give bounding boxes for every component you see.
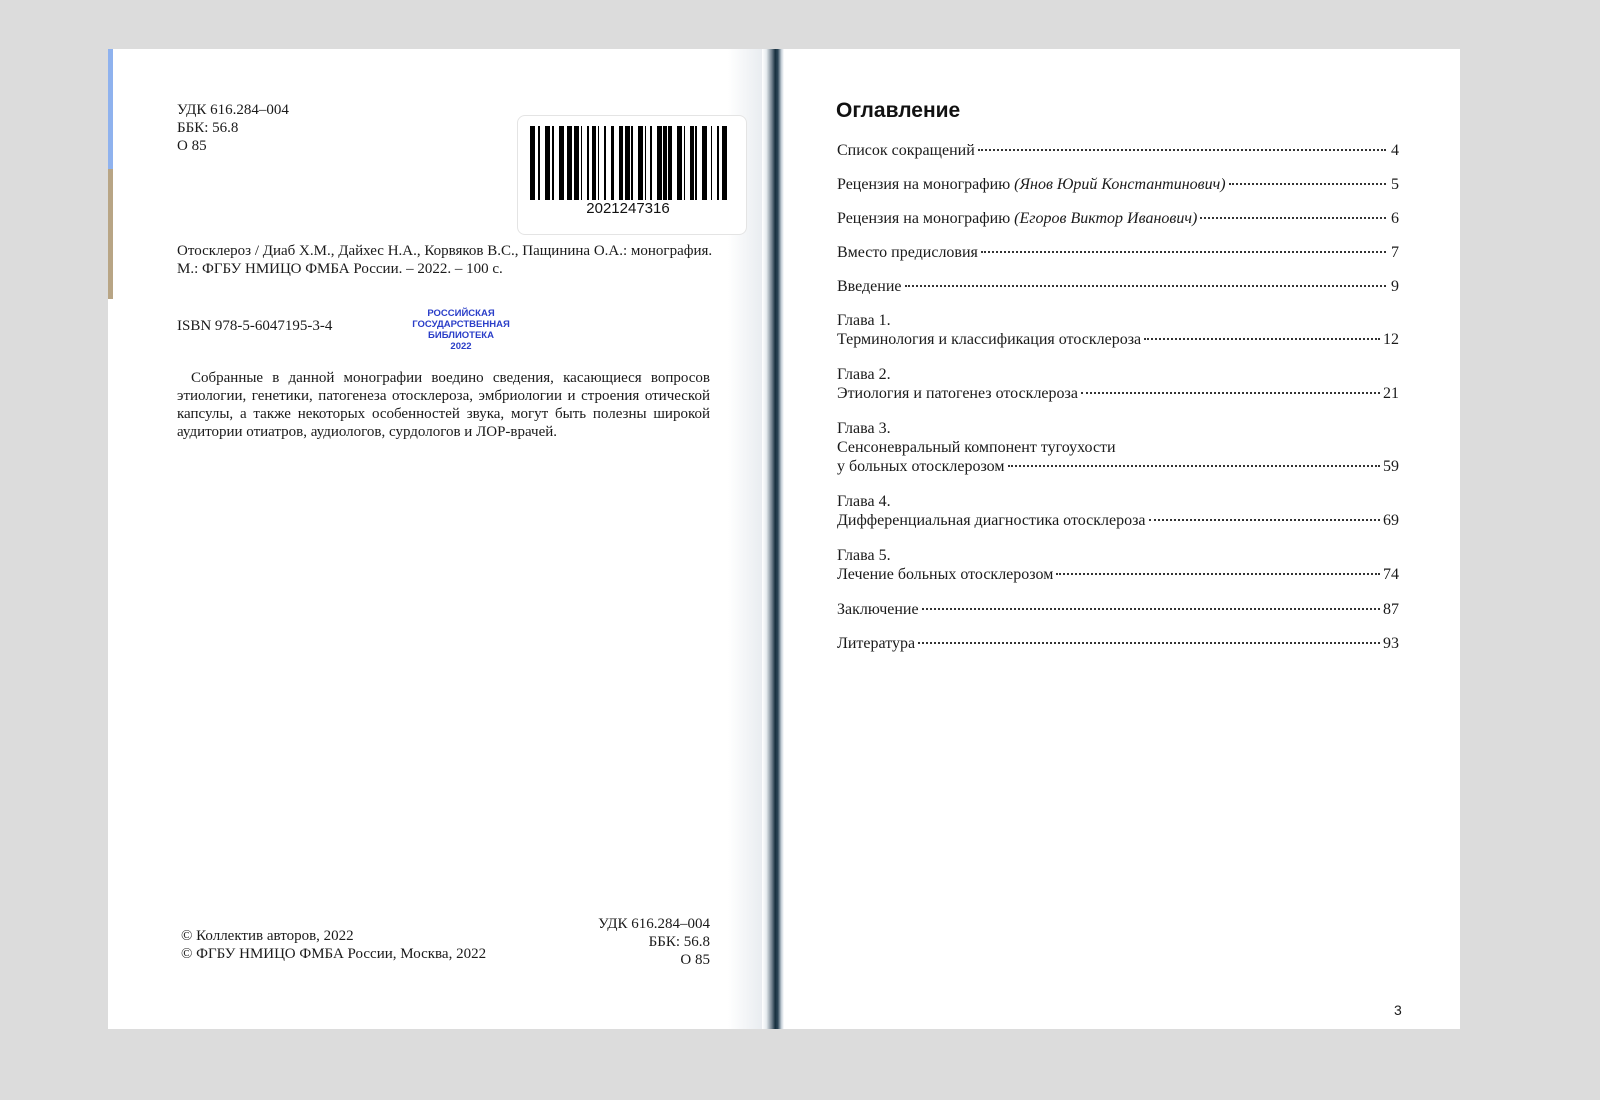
- bbk-code: ББК: 56.8: [528, 933, 710, 951]
- author-mark: О 85: [177, 137, 289, 155]
- annotation-paragraph: Собранные в данной монографии воедино св…: [177, 369, 710, 441]
- toc-chapter-label: Глава 1.: [837, 311, 1399, 330]
- toc-entry: Литература93: [837, 634, 1399, 653]
- book-spine: [762, 49, 784, 1029]
- stamp-line: РОССИЙСКАЯ: [399, 308, 523, 319]
- toc-leader-dots: [918, 642, 1380, 644]
- toc-entry-title: Терминология и классификация отосклероза: [837, 330, 1141, 349]
- toc-entry-title: у больных отосклерозом: [837, 457, 1005, 476]
- toc-chapter-label: Глава 5.: [837, 546, 1399, 565]
- page-edge-blue-strip: [108, 49, 113, 169]
- toc-page-number: 5: [1389, 175, 1399, 194]
- toc-entry-text: Заключение: [837, 601, 919, 618]
- isbn: ISBN 978-5-6047195-3-4: [177, 317, 332, 335]
- library-stamp: РОССИЙСКАЯ ГОСУДАРСТВЕННАЯ БИБЛИОТЕКА 20…: [399, 308, 523, 352]
- toc-leader-dots: [981, 251, 1386, 253]
- stamp-line: БИБЛИОТЕКА: [399, 330, 523, 341]
- toc-entry: Введение9: [837, 277, 1399, 296]
- toc-entry-title: Рецензия на монографию (Егоров Виктор Ив…: [837, 209, 1197, 228]
- stamp-line: ГОСУДАРСТВЕННАЯ: [399, 319, 523, 330]
- toc-entry-title: Этиология и патогенез отосклероза: [837, 384, 1078, 403]
- toc-entry-text: Введение: [837, 278, 902, 295]
- barcode-bar: [722, 126, 727, 200]
- toc-entry: Рецензия на монографию (Янов Юрий Конста…: [837, 175, 1399, 194]
- toc-page-number: 9: [1389, 277, 1399, 296]
- toc-entry: Глава 2.Этиология и патогенез отосклероз…: [837, 365, 1399, 403]
- classification-codes-top: УДК 616.284–004 ББК: 56.8 О 85: [177, 101, 289, 155]
- toc-entry-title: Введение: [837, 277, 902, 296]
- toc-entry-text: Список сокращений: [837, 142, 975, 159]
- toc-page-number: 74: [1383, 565, 1399, 584]
- stamp-line: 2022: [399, 341, 523, 352]
- toc-page-number: 59: [1383, 457, 1399, 476]
- toc-entry-title: Лечение больных отосклерозом: [837, 565, 1053, 584]
- toc-entry: Вместо предисловия7: [837, 243, 1399, 262]
- toc-leader-dots: [1008, 465, 1381, 467]
- bbk-code: ББК: 56.8: [177, 119, 289, 137]
- toc-page-number: 69: [1383, 511, 1399, 530]
- toc-chapter-label: Глава 3.: [837, 419, 1399, 438]
- toc-entry-text: Рецензия на монографию: [837, 176, 1014, 193]
- toc-entry-reviewer: (Егоров Виктор Иванович): [1014, 210, 1197, 227]
- toc-leader-dots: [1081, 392, 1380, 394]
- toc-page-number: 7: [1389, 243, 1399, 262]
- toc-leader-dots: [978, 149, 1386, 151]
- toc-entry-title: Литература: [837, 634, 915, 653]
- toc-entry-title: Вместо предисловия: [837, 243, 978, 262]
- toc-entry-title: Рецензия на монографию (Янов Юрий Конста…: [837, 175, 1226, 194]
- udk-code: УДК 616.284–004: [177, 101, 289, 119]
- toc-entry-title: Дифференциальная диагностика отосклероза: [837, 511, 1146, 530]
- toc-title: Оглавление: [836, 99, 960, 123]
- toc-page-number: 87: [1383, 600, 1399, 619]
- udk-code: УДК 616.284–004: [528, 915, 710, 933]
- toc-entry-title: Заключение: [837, 600, 919, 619]
- barcode-number: 2021247316: [518, 200, 738, 217]
- copyright-line: © Коллектив авторов, 2022: [181, 927, 486, 945]
- toc-entry: Глава 4.Дифференциальная диагностика ото…: [837, 492, 1399, 530]
- toc-entry-text: Вместо предисловия: [837, 244, 978, 261]
- toc-chapter-label: Глава 4.: [837, 492, 1399, 511]
- toc-leader-dots: [1200, 217, 1386, 219]
- toc-page-number: 21: [1383, 384, 1399, 403]
- bibliographic-citation: Отосклероз / Диаб Х.М., Дайхес Н.А., Кор…: [177, 242, 737, 278]
- copyright-block: © Коллектив авторов, 2022 © ФГБУ НМИЦО Ф…: [181, 927, 486, 963]
- classification-codes-bottom: УДК 616.284–004 ББК: 56.8 О 85: [528, 915, 710, 969]
- toc-page-number: 12: [1383, 330, 1399, 349]
- toc-leader-dots: [1149, 519, 1380, 521]
- toc-entry: Список сокращений4: [837, 141, 1399, 160]
- toc-entry-text: Литература: [837, 635, 915, 652]
- toc-leader-dots: [1056, 573, 1380, 575]
- page-number: 3: [1394, 1002, 1402, 1018]
- toc-leader-dots: [1229, 183, 1386, 185]
- toc-leader-dots: [905, 285, 1387, 287]
- toc-page-number: 6: [1389, 209, 1399, 228]
- toc-entry: Рецензия на монографию (Егоров Виктор Ив…: [837, 209, 1399, 228]
- toc-chapter-label: Глава 2.: [837, 365, 1399, 384]
- barcode-sticker: 2021247316: [517, 115, 747, 235]
- toc-leader-dots: [1144, 338, 1380, 340]
- toc-entry: Заключение87: [837, 600, 1399, 619]
- toc-entry-text: Рецензия на монографию: [837, 210, 1014, 227]
- toc-entry: Глава 5.Лечение больных отосклерозом74: [837, 546, 1399, 584]
- table-of-contents: Список сокращений4Рецензия на монографию…: [837, 141, 1399, 668]
- copyright-line: © ФГБУ НМИЦО ФМБА России, Москва, 2022: [181, 945, 486, 963]
- toc-page-number: 4: [1389, 141, 1399, 160]
- toc-leader-dots: [922, 608, 1380, 610]
- barcode-icon: [530, 126, 728, 200]
- book-spread: УДК 616.284–004 ББК: 56.8 О 85 202124731…: [108, 49, 1460, 1029]
- page-edge-tan-strip: [108, 169, 113, 299]
- toc-entry-reviewer: (Янов Юрий Константинович): [1014, 176, 1225, 193]
- toc-entry-title: Сенсоневральный компонент тугоухости: [837, 438, 1399, 457]
- toc-entry-title: Список сокращений: [837, 141, 975, 160]
- toc-entry: Глава 3.Сенсоневральный компонент тугоух…: [837, 419, 1399, 476]
- toc-entry: Глава 1.Терминология и классификация ото…: [837, 311, 1399, 349]
- author-mark: О 85: [528, 951, 710, 969]
- toc-page-number: 93: [1383, 634, 1399, 653]
